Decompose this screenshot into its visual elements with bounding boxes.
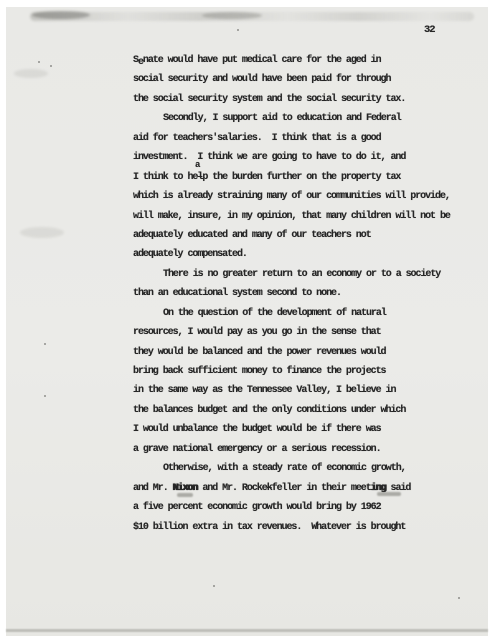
text-line: Secondly, I support aid to education and… <box>133 109 499 128</box>
dot-artifact <box>50 65 52 67</box>
text-line: I would unbalance the budget would be if… <box>133 420 499 439</box>
typed-text: p the burden further on the property tax <box>202 172 400 183</box>
text-line: social security and would have been paid… <box>133 70 499 89</box>
page-number: 32 <box>424 24 435 36</box>
text-line: the social security system and the socia… <box>133 90 499 109</box>
text-line: a grave national emergency or a serious … <box>133 440 499 459</box>
text-line: There is no greater return to an economy… <box>133 265 499 284</box>
document-photo: 32 Senate would have put medical care fo… <box>0 0 499 640</box>
dot-artifact <box>44 395 46 397</box>
smudge-artifact <box>202 12 262 19</box>
smudge-artifact <box>177 493 193 497</box>
typed-text: nate would have put medical care for the… <box>143 55 381 66</box>
text-line: a five percent economic growth would bri… <box>133 498 499 517</box>
text-line: adequately educated and many of our teac… <box>133 226 499 245</box>
inserted-char: a <box>195 161 199 170</box>
typed-text: I think to he <box>133 172 197 183</box>
overtyped-word: Nixon <box>173 483 198 494</box>
text-line: investment. I think we are going to have… <box>133 148 499 167</box>
text-line: in the same way as the Tennessee Valley,… <box>133 381 499 400</box>
typed-text: feller in their meet <box>272 483 371 494</box>
text-line: $10 billion extra in tax revenues. Whate… <box>133 518 499 537</box>
text-line: adequately compensated. <box>133 245 499 264</box>
smudge-artifact <box>14 69 48 78</box>
dropped-char: e <box>138 57 143 68</box>
typed-text: and Mr. <box>133 483 173 494</box>
text-line: and Mr. Nixon and Mr. Rockekfeller in th… <box>133 479 499 498</box>
text-line: I think to help the burden further on th… <box>133 168 499 187</box>
dot-artifact <box>237 29 239 31</box>
text-line: On the question of the development of na… <box>133 304 499 323</box>
text-block: Senate would have put medical care for t… <box>133 51 499 537</box>
text-line: aid for teachers'salaries. I think that … <box>133 129 499 148</box>
smudge-artifact <box>20 227 64 238</box>
text-line: bring back sufficient money to finance t… <box>133 362 499 381</box>
text-line: they would be balanced and the power rev… <box>133 343 499 362</box>
text-line: Otherwise, with a steady rate of economi… <box>133 459 499 478</box>
paper: 32 Senate would have put medical care fo… <box>6 7 488 636</box>
text-line: which is already straining many of our c… <box>133 187 499 206</box>
text-line: than an educational system second to non… <box>133 284 499 303</box>
smudge-artifact <box>32 11 90 19</box>
text-line: Senate would have put medical care for t… <box>133 51 499 70</box>
text-line: will make, insure, in my opinion, that m… <box>133 207 499 226</box>
dot-artifact <box>44 343 46 345</box>
dot-artifact <box>213 585 215 587</box>
dot-artifact <box>38 61 40 63</box>
smudge-artifact <box>377 492 401 496</box>
page-edge-shadow <box>6 629 488 632</box>
dot-artifact <box>458 597 460 599</box>
text-line: resources, I would pay as you go in the … <box>133 323 499 342</box>
text-line: the balances budget and the only conditi… <box>133 401 499 420</box>
typed-text: and Mr. Rocke <box>197 483 266 494</box>
